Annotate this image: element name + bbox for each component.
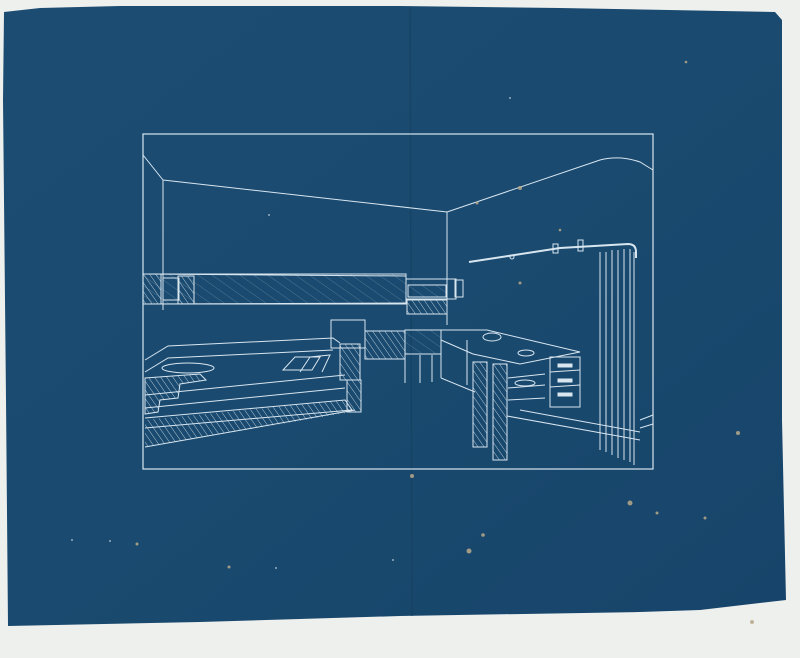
shelf-band	[143, 274, 406, 304]
paper-sheet	[3, 6, 786, 626]
blueprint-artwork	[0, 0, 800, 658]
